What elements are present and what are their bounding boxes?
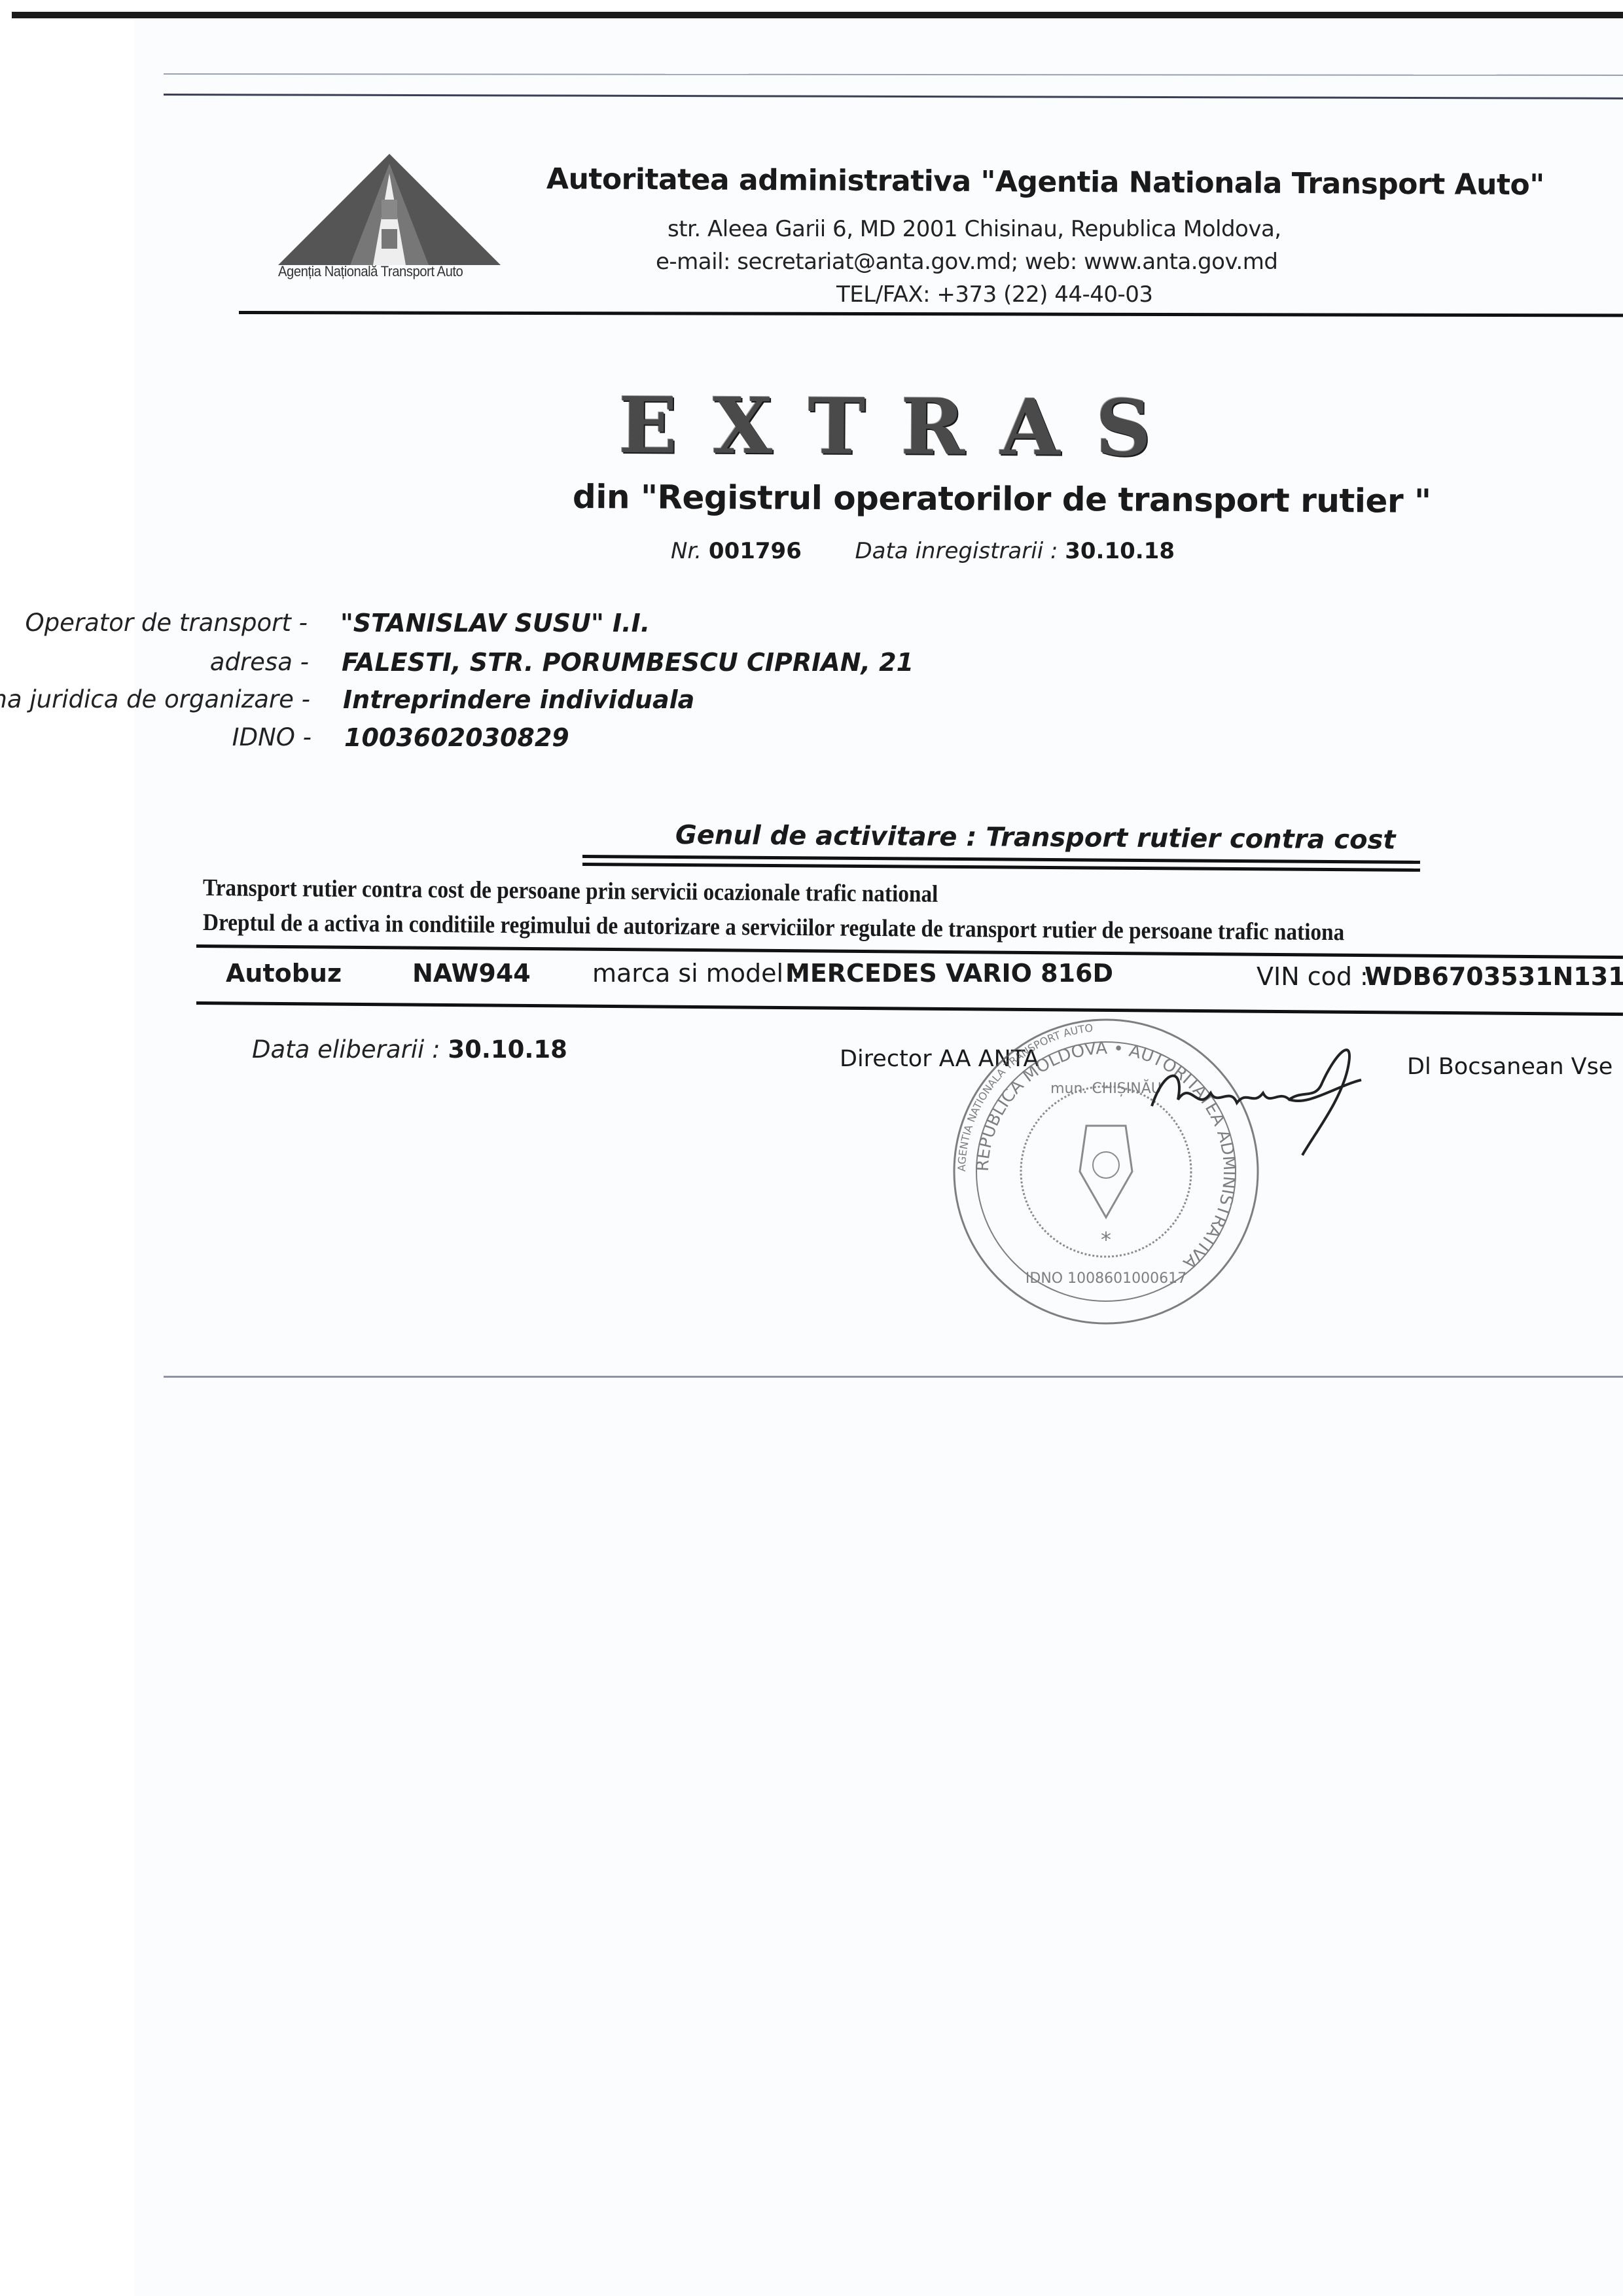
idno-label: IDNO - [232,723,312,751]
idno-value: 1003602030829 [344,723,569,752]
vehicle-plate: NAW944 [412,959,531,988]
address-label: adresa - [210,648,309,676]
signature-icon [1139,1028,1387,1158]
signer-name: Dl Bocsanean Vse [1407,1054,1613,1080]
address-value: FALESTI, STR. PORUMBESCU CIPRIAN, 21 [342,648,914,677]
scanner-edge [12,12,1623,18]
vehicle-make: MERCEDES VARIO 816D [785,959,1113,988]
vehicle-type: Autobuz [226,959,342,988]
issue-date: 30.10.18 [448,1035,567,1064]
document-title: EXTRAS [618,380,1187,474]
register-number: 001796 [709,538,802,564]
idno-row: IDNO - 1003602030829 [154,723,1332,756]
operator-row: Operator de transport - "STANISLAV SUSU"… [151,609,1329,641]
number-label: Nr. [671,538,702,564]
svg-text:*: * [1101,1227,1111,1252]
operator-label: Operator de transport - [26,609,308,637]
vin-label: VIN cod : [1257,962,1368,991]
document-subtitle: din "Registrul operatorilor de transport… [573,478,1431,520]
registration-date-label: Data inregistrarii : [855,538,1058,564]
make-label: marca si model : [592,959,800,988]
legal-form-value: Intreprindere individuala [343,685,694,714]
issue-date-label: Data eliberarii : [252,1035,440,1064]
issue-date-line: Data eliberarii : 30.10.18 [252,1035,567,1064]
legal-form-row: forma juridica de organizare - Intreprin… [153,685,1331,718]
logo-caption: Agenția Națională Transport Auto [278,263,463,280]
activity-heading: Genul de activitare : Transport rutier c… [675,820,1396,855]
registration-date: 30.10.18 [1065,538,1175,564]
vin-value: WDB6703531N131 [1364,962,1623,991]
scanned-page [134,20,1623,2296]
organization-title: Autoritatea administrativa "Agentia Nati… [546,162,1544,202]
scan-artifact-line [164,1376,1623,1378]
svg-text:IDNO 1008601000617: IDNO 1008601000617 [1026,1270,1186,1287]
organization-phone: TEL/FAX: +373 (22) 44-40-03 [836,281,1153,308]
registration-line: Nr. 001796 Data inregistrarii : 30.10.18 [671,538,1175,564]
legal-form-label: forma juridica de organizare - [0,685,310,713]
address-row: adresa - FALESTI, STR. PORUMBESCU CIPRIA… [152,648,1330,681]
operator-value: "STANISLAV SUSU" I.I. [340,609,650,637]
organization-address: str. Aleea Garii 6, MD 2001 Chisinau, Re… [668,216,1281,242]
organization-contact: e-mail: secretariat@anta.gov.md; web: ww… [656,249,1277,275]
